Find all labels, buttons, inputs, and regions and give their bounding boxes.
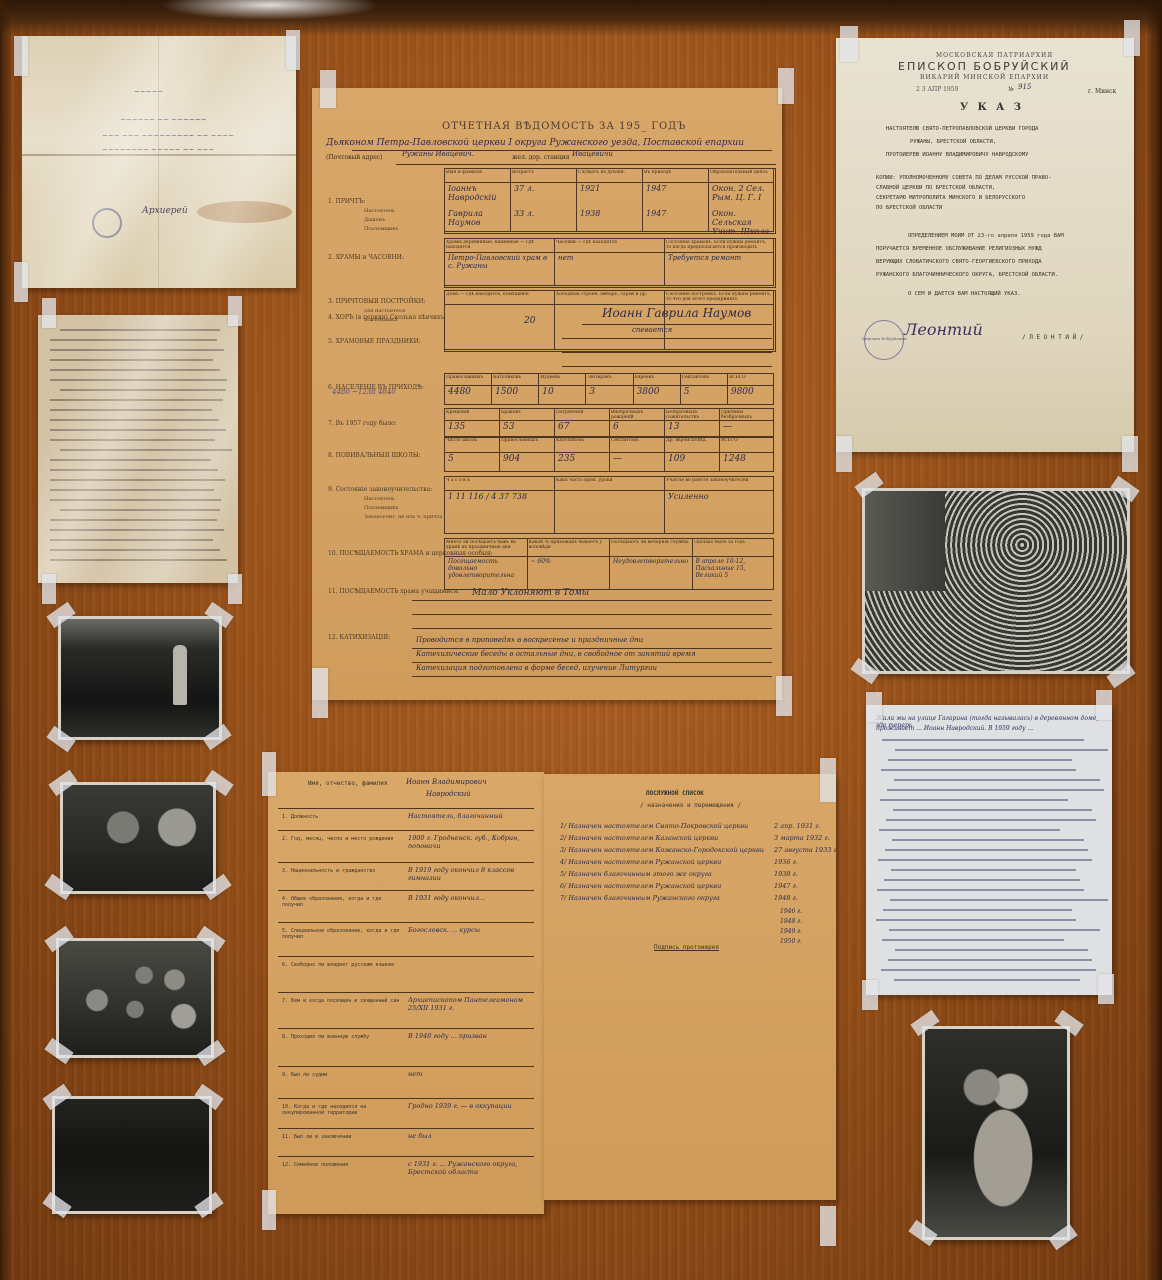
table-header: Католиковъ [556,438,607,452]
section-label: 1. ПРИЧТЪ: [328,198,366,205]
section-sub: Законоучит. не изъ ч. причта [364,514,442,520]
tape [820,758,836,802]
table-cell: Петро-Павловский храм в с. Ружаны [448,254,552,270]
section-label: 8. ПОВИВАЛЬНЫЯ ШКОЛЫ: [328,452,421,459]
typed-line [50,529,224,531]
case-right-edge [1146,0,1162,1280]
memoir-line [890,899,1108,901]
ukaz-org: МОСКОВСКАЯ ПАТРИАРХИЯ [936,52,1053,59]
table-cell: 10 [542,387,583,397]
memoir-line [894,779,1100,781]
table-divider [444,452,774,453]
catechization-text: Катехизация подготовлена в форме бесед, … [416,664,657,672]
section-label: 2. ХРАМЫ и ЧАСОВНИ: [328,254,404,261]
q-question: 8. Проходил ли военную службу [282,1034,402,1040]
section-label: 7. Въ 1957 году было: [328,420,397,427]
tape [1122,436,1138,472]
table-divider [664,476,665,534]
table-cell: 5 [684,387,725,397]
table-divider [664,436,665,472]
table-header: Домъ — гдѣ находится, помѣщеніе [446,292,552,304]
table-header: ВСЕГО [729,375,772,385]
table-header: Сколько было за годъ [694,540,773,556]
table-header: Иудеевъ [540,375,583,385]
table-divider [444,490,774,491]
ukaz-copies: ПО БРЕСТСКОЙ ОБЛАСТИ [876,205,942,211]
typed-line [50,349,224,351]
table-header: Внебрачныхъ рожденій [611,410,662,420]
table-divider [444,252,774,253]
section-sub: Псаломщикъ [364,226,399,232]
service-entry: 1/ Назначен настоятелем Свято-Покровской… [560,822,748,830]
service-date: 3 марта 1932 г. [774,834,830,842]
q-answer: с 1931 г. ... Ружанского округа, Брестск… [408,1160,538,1176]
table-header: Браковъ [501,410,552,420]
typed-line [50,539,213,541]
table-header: Сектантовъ [682,375,725,385]
table-header: Холодныя строен. амбаръ, сарай и др. [556,292,662,304]
pupil-attendance: Мало Уклоняют в Томы [472,588,589,598]
case-left-edge [0,0,12,1280]
station-label: жел. дор. станция [512,154,570,161]
table-cell: 1938 [580,209,640,218]
service-entry: 5/ Назначен благочинным этого же округа [560,870,712,878]
table-cell: Неудовлетворительно [613,558,690,565]
memoir-line [884,879,1080,881]
table-cell: 4480 [448,387,489,397]
ukaz-heading: У К А З [960,102,1024,113]
q-question: 6. Свободно ли владеет русским языком [282,962,402,968]
service-date: 1948 г. [774,894,798,902]
table-header: Погребеній [556,410,607,420]
table-divider [554,476,555,534]
q-answer: Архиепископом Пантелеимоном 25/XII 1931 … [408,996,538,1012]
table-cell: 9800 [731,387,772,397]
service-entry: 2/ Назначен настоятелем Казанской церкви [560,834,718,842]
typed-line [60,509,220,511]
rule-line [278,1066,534,1067]
memoir-line [889,929,1100,931]
typed-line [50,489,214,491]
q-question: 10. Когда и где находился на оккупирован… [282,1104,402,1116]
table-cell: 1248 [723,454,772,464]
table-divider [444,385,774,386]
rule-line [278,808,534,809]
letter-top-left: ~~~~~ ~~~~~~ ~~ ~~~~~~ ~~~ ~~~ ~~~~~~~~~… [22,36,296,288]
q-question: 7. Кем и когда посвящен в священный сан [282,998,402,1004]
typed-line [50,499,221,501]
catechization-text: Проводится в проповедях в воскресенье и … [416,636,643,644]
rule-line [278,1028,534,1029]
table-cell: 53 [503,422,552,432]
memoir-line [888,959,1092,961]
table-cell: Іоаннъ Навродскій [448,184,508,202]
section-sub: Діаконъ [364,217,385,223]
ukaz-body: ВЕРУЮЩИХ СЛОВАТИЧСКОГО СВЯТО-ГЕОРГИЕВСКО… [876,259,1042,265]
catechization-text: Катехизические беседы в остальные дни, в… [416,650,696,658]
ukaz-signature: Леонтий [904,320,983,339]
service-extra-date: 1950 г. [780,938,802,945]
report-form: ОТЧЕТНАЯ ВѢДОМОСТЬ ЗА 195_ ГОДЪ Дьяконом… [312,88,782,700]
q-name-1: Иоанн Владимирович [406,778,487,786]
table-header: Состояніе построекъ. Если нужны ремонтъ,… [666,292,772,304]
typed-line [50,379,227,381]
table-header: Причины безбрачныхъ сожительствъ [721,410,772,420]
ukaz-bishop-title: ЕПИСКОП БОБРУЙСКИЙ [898,60,1071,73]
table-header: ВСЕГО [721,438,772,452]
ukaz-addressee: НАСТОЯТЕЛЮ СВЯТО-ПЕТРОПАВЛОВСКОЙ ЦЕРКВИ … [886,126,1038,132]
letter-signature: Архиерей [142,206,188,216]
rule-line [278,862,534,863]
table-cell: 33 л. [514,209,574,218]
memoir-text: проживает ... Иоанн Навродский. В 1959 г… [876,725,1102,732]
report-title: ОТЧЕТНАЯ ВѢДОМОСТЬ ЗА 195_ ГОДЪ [442,121,686,132]
photo-left-4 [52,1096,212,1214]
table-cell: Окон. Сельская Учит. Школа [712,209,772,236]
table-header: Православныхъ [446,375,489,385]
table-cell: 135 [448,422,497,432]
table-divider [708,168,709,232]
typed-line [50,369,220,371]
ukaz-number-label: № [1008,86,1014,93]
typed-line [50,419,219,421]
memoir-line [885,849,1088,851]
typed-line [50,429,226,431]
table-cell: Усиленно [668,492,772,501]
ukaz-body: ПОРУЧАЕТСЯ ВРЕМЕННОЕ ОБСЛУЖИВАНИЕ РЕЛИГИ… [876,246,1042,252]
choir-leader: Иоанн Гаврила Наумов [602,306,751,320]
table-divider [633,373,634,405]
table-header: Православныхъ [501,438,552,452]
table-header: Какъ часто проп. уроки [556,478,662,490]
tape [862,980,878,1010]
table-cell: — [723,422,772,432]
rule-line [278,1156,534,1157]
tape [312,668,328,718]
ukaz-closing: О СЕМ И ДАЕТСЯ ВАМ НАСТОЯЩИЙ УКАЗ. [908,291,1021,297]
q-answer: нет [408,1070,538,1078]
service-entry: 4/ Назначен настоятелем Ружанской церкви [560,858,721,866]
table-header: Ч а с о в ъ [446,478,552,490]
table-divider [609,436,610,472]
typed-line [50,479,225,481]
tape [820,1206,836,1246]
q-question: 11. Был ли в заключении [282,1134,402,1140]
choir-note: спевается [632,326,672,334]
table-header: Католиковъ [493,375,536,385]
memoir-line [887,789,1104,791]
table-divider [444,304,774,305]
table-divider [664,408,665,438]
ukaz-vicar: ВИКАРИЙ МИНСКОЙ ЕПАРХИИ [920,74,1049,81]
q-question: 12. Семейное положение [282,1162,402,1168]
table-cell: 1 11 116 / 4 37 738 [448,492,552,501]
table-cell: 1947 [646,209,706,218]
q-answer: 1900 г. Гродненск. губ., Кобрин, попович… [408,834,538,850]
tape [228,296,242,326]
light-glare [160,0,380,20]
service-date: 1936 г. [774,858,798,866]
photo-left-3 [56,938,214,1058]
table-cell: В апреле 10-12, Пасхальные 15, Великий 5 [696,558,773,579]
table-divider [499,408,500,438]
memoir-line [891,869,1076,871]
service-extra-date: 1949 г. [780,928,802,935]
table-header: Возрастъ [512,170,574,182]
tape [228,574,242,604]
photo-left-2 [60,782,216,894]
typed-line [50,409,212,411]
tape [866,692,882,722]
table-cell: 5 [448,454,497,464]
table-cell: 37 л. [514,184,574,193]
table-cell: Требуется ремонт [668,254,772,262]
memoir-line [881,969,1096,971]
typed-line [50,549,220,551]
table-header: Состояніе храмовъ. Если нужны ремонтъ, т… [666,240,772,252]
q-answer: Гродно 1939 г. — в оккупации [408,1102,538,1110]
service-extra-date: 1948 г. [780,918,802,925]
table-cell: Гаврила Наумов [448,209,508,227]
table-cell: 13 [668,422,717,432]
typed-line [60,449,232,451]
rule-line [278,830,534,831]
report-header-line: Дьяконом Петра-Павловской церкви I округ… [326,138,744,148]
q-question: 1. Должность [282,814,402,820]
postal-value: Ружаны Ивацевич. [402,150,474,158]
table-cell: Окон. 2 Сел. Рым. Ц. Г. I [712,184,772,202]
service-signature: Подпись протоиерея [654,944,719,951]
typed-page-left [38,315,238,583]
ukaz-body: РУЖАНСКОГО БЛАГОЧИННИЧЕСКОГО ОКРУГА, БРЕ… [876,272,1058,278]
section-label: 11. ПОСѢЩАЕМОСТЬ храма учащимися: [328,588,460,595]
q-question: 4. Общее образование, когда и где получи… [282,896,402,908]
table-header: Евреевъ [635,375,678,385]
section-sub: Настоятель [364,208,395,214]
service-date: 27 августа 1933 г. [774,846,836,854]
table-divider [585,373,586,405]
table-cell: 67 [558,422,607,432]
ukaz-number: 915 [1018,83,1031,91]
table-cell: 904 [503,454,552,464]
tape [776,676,792,716]
service-date: 2 апр. 1931 г. [774,822,821,830]
service-entry: 6/ Назначен настоятелем Ружанской церкви [560,882,721,890]
table-divider [538,373,539,405]
table-header: Лютеранъ [587,375,630,385]
typed-line [60,329,220,331]
memoir-line [882,939,1064,941]
table-header: Служатъ въ духовн. [578,170,640,182]
q-question: 5. Специальное образование, когда и где … [282,928,402,940]
service-entry: 7/ Назначен благочинным Ружанского округ… [560,894,720,902]
rule-line [412,662,772,663]
typed-line [50,439,215,441]
table-header: Храмы деревянные, каменные — гдѣ находят… [446,240,552,252]
memoir-line [886,819,1096,821]
ukaz-signature-typed: / Л Е О Н Т И Й / [1022,334,1083,341]
typed-line [60,389,226,391]
memoir-line [880,799,1068,801]
table-header: Въ приходѣ [644,170,706,182]
table-divider [642,168,643,232]
table-divider [680,373,681,405]
memoir-line [882,739,1084,741]
tape [840,26,858,62]
memoir-line [878,859,1092,861]
station-value: Ивацевичи [572,150,613,158]
section-label: 6. НАСЕЛЕНІЕ ВЪ ПРИХОДѢ: [328,384,424,391]
section-sub: Псаломщикъ [364,505,399,511]
q-answer: не был [408,1132,538,1140]
table-divider [554,408,555,438]
table-divider [444,420,774,421]
rule-line [278,890,534,891]
rule-line [278,1128,534,1129]
rule-line [278,1098,534,1099]
table-cell: 1947 [646,184,706,193]
table-header: Число школъ [446,438,497,452]
section-label: 10. ПОСѢЩАЕМОСТЬ ХРАМА и церковныя особы… [328,550,493,557]
memoir-line [883,909,1072,911]
table-divider [491,373,492,405]
table-cell: 3800 [637,387,678,397]
tape [1098,974,1114,1004]
table-cell: 3 [589,387,630,397]
tape [42,298,56,328]
ukaz-body: ОПРЕДЕЛЕНИЕМ МОИМ ОТ 23-го апреля 1959 г… [908,233,1064,239]
table-cell: 109 [668,454,717,464]
table-header: Посѣщаютъ ли вечернія службы [611,540,690,556]
section-sub: Настоятель [364,496,395,502]
table-divider [719,436,720,472]
memoir-line [888,759,1072,761]
table-cell: Посещаемость довольно удовлетворительна [448,558,525,579]
q-answer: В 1940 году ... призван [408,1032,538,1040]
q-question: 9. Был ли судим [282,1072,402,1078]
q-answer: В 1931 году окончил... [408,894,538,902]
tape [320,70,336,108]
typed-line [50,339,217,341]
table-divider [664,238,665,286]
ukaz-copies: СЕКРЕТАРЮ МИТРОПОЛИТА МИНСКОГО И БЕЛОРУС… [876,195,1025,201]
table-divider [576,168,577,232]
service-list-page: ПОСЛУЖНОЙ СПИСОК / назначения и перемеще… [544,774,836,1200]
ukaz-date: 2 3 АПР 1959 [916,86,958,93]
rule-line [278,992,534,993]
postal-label: (Почтовый адрес) [326,154,383,161]
handwritten-memoir: Жили мы на улице Гагарина (тогда называл… [866,705,1112,995]
q-answer: В 1919 году окончил 8 классов гимназии [408,866,538,882]
questionnaire-page: Имя, отчество, фамилия Иоанн Владимирови… [268,772,544,1214]
service-entry: 3/ Назначен настоятелем Кожанско-Городок… [560,846,764,854]
q-answer: Богословск. ... курсы [408,926,538,934]
service-subtitle: / назначения и перемещения / [640,802,741,809]
table-cell: ~ 60% [531,558,608,565]
rule-line [278,956,534,957]
table-cell: 6 [613,422,662,432]
tape [262,1190,276,1230]
table-header: Участіе во работе законоучителей [666,478,772,490]
ukaz-city: г. Минск [1088,88,1116,95]
section-label: 12. КАТИХИЗАЦІЯ: [328,634,390,641]
rule-line [412,648,772,649]
tape [14,262,28,302]
tape [836,436,852,472]
ukaz-seal: Епископ Бобруйский [862,336,907,341]
table-header: Образовательный цензъ [710,170,772,182]
q-name-label: Имя, отчество, фамилия [308,780,387,787]
typed-line [50,519,217,521]
tape [778,68,794,104]
typed-line [50,399,223,401]
service-date: 1947 г. [774,882,798,890]
memoir-line [893,809,1092,811]
choir-count: 20 [524,316,535,326]
table-cell: — [613,454,662,464]
memoir-line [881,769,1076,771]
typed-line [50,559,227,561]
table-cell: 1921 [580,184,640,193]
ukaz-document: МОСКОВСКАЯ ПАТРИАРХИЯ ЕПИСКОП БОБРУЙСКИЙ… [836,38,1134,452]
table-divider [554,290,555,350]
table-divider [719,408,720,438]
tape [262,752,276,796]
section-label: 9. Состояніе законоучительства: [328,486,432,493]
table-divider [664,290,665,350]
table-divider [609,538,610,590]
tape [1124,20,1140,56]
typed-line [50,469,218,471]
memoir-line [877,889,1084,891]
photo-left-1 [58,616,222,740]
rule-line [278,922,534,923]
ukaz-copies: СЛАВНОЙ ЦЕРКВИ ПО БРЕСТСКОЙ ОБЛАСТИ, [876,185,995,191]
photo-right-man-child [922,1026,1070,1240]
table-header: Др. вѣроисповѣд. [666,438,717,452]
tape [14,36,28,76]
service-extra-date: 1946 г. [780,908,802,915]
section-label: 4. ХОРЪ (в церкви) Сколько пѣвчихъ [328,314,444,321]
table-divider [527,538,528,590]
section-label: 5. ХРАМОВЫЕ ПРАЗДНИКИ: [328,338,421,345]
ukaz-addressee: РУЖАНЫ, БРЕСТСКОЙ ОБЛАСТИ, [910,139,996,145]
table-cell: 235 [558,454,607,464]
rule-line [412,676,772,677]
service-date: 1938 г. [774,870,798,878]
tape [42,574,56,604]
memoir-line [892,839,1084,841]
typed-line [50,459,211,461]
ukaz-copies: КОПИИ: УПОЛНОМОЧЕННОМУ СОВЕТА ПО ДЕЛАМ Р… [876,175,1052,181]
service-title: ПОСЛУЖНОЙ СПИСОК [646,790,704,797]
table-divider [444,182,774,183]
table-divider [510,168,511,232]
photo-right-procession [862,488,1130,674]
table-header: Сектантовъ [611,438,662,452]
table-header: Крещеній [446,410,497,420]
table-divider [727,373,728,405]
q-question: 3. Национальность и гражданство [282,868,402,874]
table-divider [499,436,500,472]
memoir-line [895,749,1108,751]
table-divider [554,436,555,472]
memoir-line [894,979,1080,981]
q-question: 2. Год, месяц, число и место рождения [282,836,402,842]
section-label: 3. ПРИЧТОВЫЯ ПОСТРОЙКИ: [328,298,426,305]
q-name-2: Навродский [426,790,471,798]
table-header: Безбрачныхъ сожительствъ [666,410,717,420]
